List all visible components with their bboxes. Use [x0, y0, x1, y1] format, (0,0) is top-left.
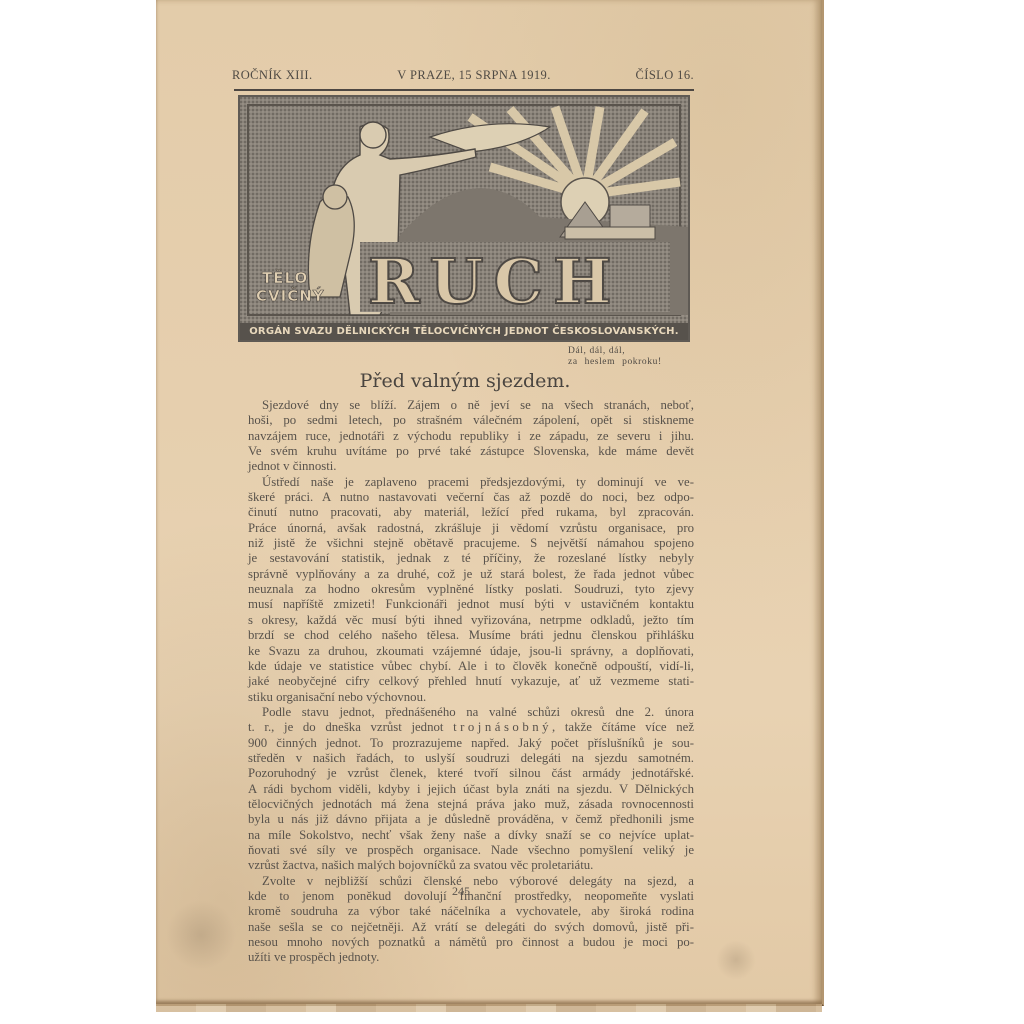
banner-subtitle-line1: TĚLO: [262, 269, 308, 287]
banner-subtitle-line2: CVIČNÝ: [256, 287, 325, 305]
article-line: ňovati své síly ve prospěch organisace. …: [248, 843, 694, 858]
article-line: navzájem ruce, jednotáři z východu repub…: [248, 429, 694, 444]
article-line: 900 činných jednot. To prozrazujeme např…: [248, 736, 694, 751]
article-line: brzdí se chod celého našeho tělesa. Musí…: [248, 628, 694, 643]
article-line: Práce únorná, avšak radostná, zkrášluje …: [248, 521, 694, 536]
paper-stain: [716, 940, 756, 980]
emphasized-word: trojnásobný: [453, 720, 552, 734]
article-line: kromě soudruha za výbor také náčelníka a…: [248, 904, 694, 919]
article-line: správně vyplňovány a za druhé, což je už…: [248, 567, 694, 582]
motto-line2: za heslem pokroku!: [568, 357, 688, 368]
article-line: hoši, po sedmi letech, po strašném váleč…: [248, 413, 694, 428]
article-line: užíti ve prospěch jednoty.: [248, 950, 694, 965]
article-line: vzrůst žactva, našich malých bojovníčků …: [248, 858, 694, 873]
article-line: jaké neobyčejné cifry celkový přehled hn…: [248, 674, 694, 689]
article-line: činutí nutno pracovati, aby materiál, le…: [248, 505, 694, 520]
article-line: musí napříště zmizeti! Funkcionáři jedno…: [248, 597, 694, 612]
masthead-rule: [234, 89, 694, 91]
article-line: Podle stavu jednot, přednášeného na valn…: [248, 705, 694, 720]
article-line: t. r., je do dneška vzrůst jednot trojná…: [248, 720, 694, 735]
masthead: ROČNÍK XIII. V PRAZE, 15 SRPNA 1919. ČÍS…: [232, 68, 694, 83]
motto: Dál, dál, dál, za heslem pokroku!: [568, 346, 688, 368]
article-line: Zvolte v nejbližší schůzi členské nebo v…: [248, 874, 694, 889]
article-line: byla u nás již dávno přijata a je důsled…: [248, 812, 694, 827]
article-line: škeré práci. A nutno nastavovati večerní…: [248, 490, 694, 505]
banner-organ-line: ORGÁN SVAZU DĚLNICKÝCH TĚLOCVIČNÝCH JEDN…: [240, 323, 688, 340]
article-line: tělocvičných jednotách má žena stejná pr…: [248, 797, 694, 812]
banner-title: RUCH: [368, 245, 622, 318]
article-line: neuznala za hodno okresům vyplněné lístk…: [248, 582, 694, 597]
article-title: Před valným sjezdem.: [240, 370, 690, 392]
article-line: niž jistě že všichni stejně obětavě prac…: [248, 536, 694, 551]
article-line: kde to jenom poněkud dovolují finanční p…: [248, 889, 694, 904]
article-line: Ústředí naše je zaplaveno pracemi předsj…: [248, 475, 694, 490]
article-line: stiku organisační nebo výchovnou.: [248, 690, 694, 705]
article-line: středěn v našich řadách, to uslyší soudr…: [248, 751, 694, 766]
page-number: 245: [452, 884, 470, 899]
place-date: V PRAZE, 15 SRPNA 1919.: [397, 68, 550, 83]
article-line: nesou mnoho nových poznatků a námětů pro…: [248, 935, 694, 950]
article-line: Sjezdové dny se blíží. Zájem o ně jeví s…: [248, 398, 694, 413]
article-line: A rádi bychom viděli, kdyby i jejich úča…: [248, 782, 694, 797]
article-line: Pozoruhodný je vzrůst členek, které tvoř…: [248, 766, 694, 781]
article-line: jednot v činnosti.: [248, 459, 694, 474]
banner-illustration: TĚLO CVIČNÝ RUCH ORGÁN SVAZU DĚLNICKÝCH …: [238, 95, 690, 342]
motto-line1: Dál, dál, dál,: [568, 346, 688, 357]
article-line: Ve svém kruhu uvítáme po prvé také zástu…: [248, 444, 694, 459]
article-line: ke Svazu za druhou, zkoumati vzájemné úd…: [248, 644, 694, 659]
article-line: je sestavování statistik, jednak z té př…: [248, 551, 694, 566]
article-line: kde údaje ve statistice vůbec chybí. Ale…: [248, 659, 694, 674]
volume-label: ROČNÍK XIII.: [232, 68, 312, 83]
article-line: s okresy, každá věc musí býti ihned vyři…: [248, 613, 694, 628]
issue-number: ČÍSLO 16.: [636, 68, 694, 83]
article-line: naše sešla se co nejčetněji. Až vrátí se…: [248, 920, 694, 935]
paper-stain: [166, 900, 236, 970]
article-line: na míle Sokolstvo, nechť však ženy naše …: [248, 828, 694, 843]
article-body: Sjezdové dny se blíží. Zájem o ně jeví s…: [248, 398, 694, 966]
